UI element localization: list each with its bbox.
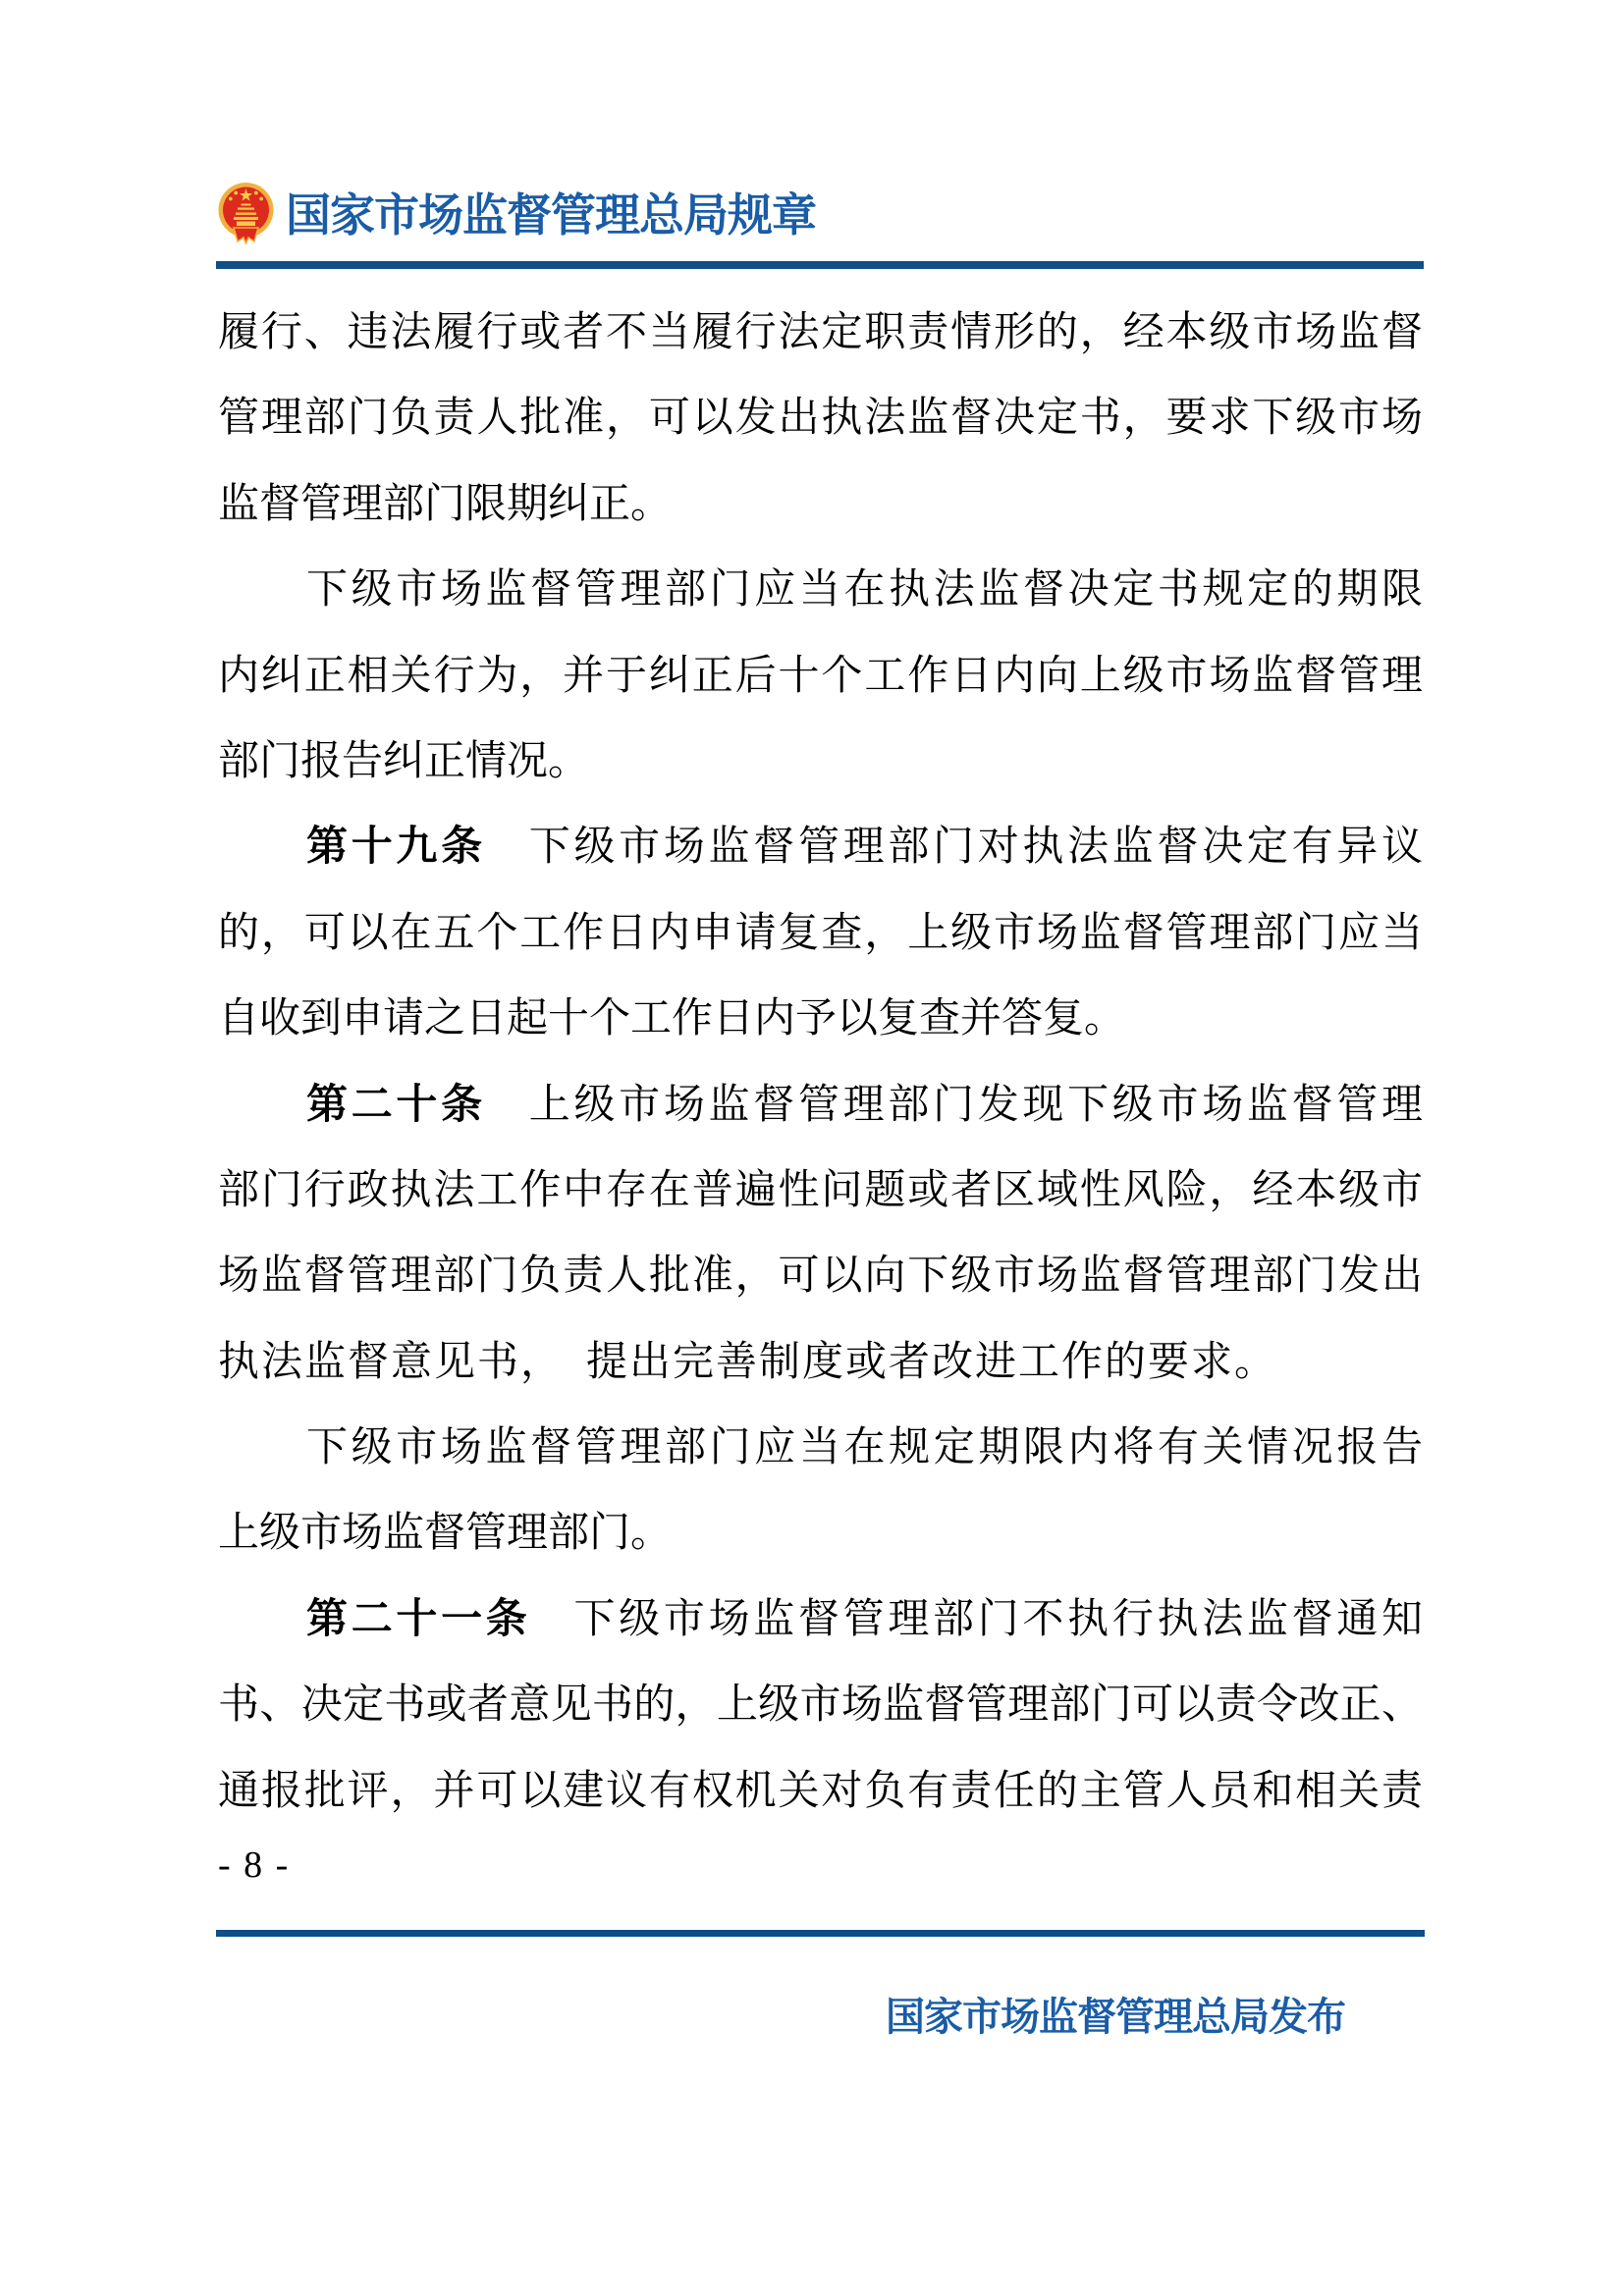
body-line: 第二十条上级市场监督管理部门发现下级市场监督管理 (218, 1063, 1423, 1148)
body-line: 上级市场监督管理部门。 (218, 1491, 1423, 1576)
article-number: 第二十条 (306, 1083, 486, 1128)
page-title: 国家市场监督管理总局规章 (286, 188, 816, 243)
national-emblem-icon (217, 182, 275, 244)
document-page: 国家市场监督管理总局规章 履行、违法履行或者不当履行法定职责情形的，经本级市场监… (0, 0, 1624, 2296)
body-line: 下级市场监督管理部门应当在执法监督决定书规定的期限 (218, 548, 1423, 633)
body-line-text: 上级市场监督管理部门发现下级市场监督管理 (529, 1083, 1423, 1128)
body-line: 的，可以在五个工作日内申请复查，上级市场监督管理部门应当 (218, 891, 1423, 977)
body-line: 通报批评，并可以建议有权机关对负有责任的主管人员和相关责 (218, 1749, 1423, 1835)
body-line: 部门报告纠正情况。 (218, 720, 1423, 805)
body-line-text: 下级市场监督管理部门对执法监督决定有异议 (529, 825, 1423, 870)
header-divider (216, 261, 1424, 269)
body-line: 场监督管理部门负责人批准，可以向下级市场监督管理部门发出 (218, 1234, 1423, 1319)
body-line: 部门行政执法工作中存在普遍性问题或者区域性风险，经本级市 (218, 1148, 1423, 1234)
body-line: 执法监督意见书， 提出完善制度或者改进工作的要求。 (218, 1320, 1423, 1406)
body-line: 履行、违法履行或者不当履行法定职责情形的，经本级市场监督 (218, 291, 1423, 376)
footer-publisher: 国家市场监督管理总局发布 (886, 1993, 1345, 2042)
body-line: 下级市场监督管理部门应当在规定期限内将有关情况报告 (218, 1406, 1423, 1491)
body-line: 内纠正相关行为，并于纠正后十个工作日内向上级市场监督管理 (218, 634, 1423, 720)
body-line: 管理部门负责人批准，可以发出执法监督决定书，要求下级市场 (218, 376, 1423, 461)
body-line: 第二十一条下级市场监督管理部门不执行执法监督通知 (218, 1577, 1423, 1663)
page-number: - 8 - (218, 1843, 290, 1887)
body-line-text: 下级市场监督管理部门不执行执法监督通知 (573, 1597, 1423, 1642)
document-body: 履行、违法履行或者不当履行法定职责情形的，经本级市场监督 管理部门负责人批准，可… (218, 291, 1423, 1835)
body-line: 监督管理部门限期纠正。 (218, 462, 1423, 548)
footer-divider (216, 1930, 1425, 1937)
article-number: 第十九条 (306, 825, 486, 870)
body-line: 第十九条下级市场监督管理部门对执法监督决定有异议 (218, 805, 1423, 890)
article-number: 第二十一条 (306, 1597, 530, 1642)
body-line: 书、决定书或者意见书的，上级市场监督管理部门可以责令改正、 (218, 1663, 1423, 1748)
body-line: 自收到申请之日起十个工作日内予以复查并答复。 (218, 977, 1423, 1062)
